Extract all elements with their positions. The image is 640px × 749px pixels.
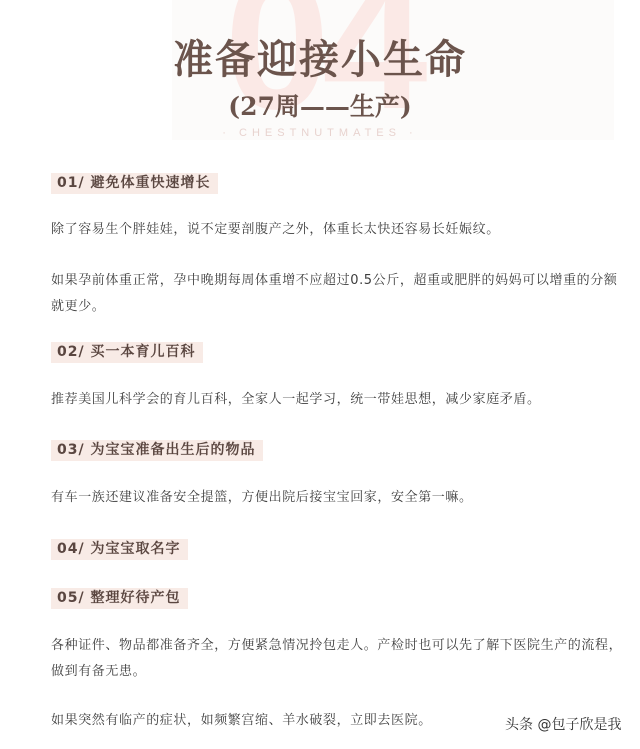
- section-1-paragraph-1: 除了容易生个胖娃娃，说不定要剖腹产之外，体重长太快还容易长妊娠纹。: [51, 217, 626, 243]
- section-heading-3: 03/ 为宝宝准备出生后的物品: [51, 440, 263, 461]
- section-5-paragraph-2: 如果突然有临产的症状，如频繁宫缩、羊水破裂，立即去医院。: [51, 708, 491, 734]
- section-5-paragraph-1: 各种证件、物品都准备齐全，方便紧急情况拎包走人。产检时也可以先了解下医院生产的流…: [51, 633, 626, 685]
- page-subtitle: (27周——生产): [0, 90, 640, 124]
- page-title: 准备迎接小生命: [0, 34, 640, 86]
- section-2-paragraph-1: 推荐美国儿科学会的育儿百科，全家人一起学习，统一带娃思想，减少家庭矛盾。: [51, 387, 626, 413]
- section-heading-4: 04/ 为宝宝取名字: [51, 539, 188, 560]
- brand-tagline: · CHESTNUTMATES ·: [0, 126, 640, 140]
- hero-banner: 04 准备迎接小生命 (27周——生产) · CHESTNUTMATES ·: [0, 0, 640, 150]
- section-heading-1: 01/ 避免体重快速增长: [51, 173, 218, 194]
- section-1-paragraph-2: 如果孕前体重正常，孕中晚期每周体重增不应超过0.5公斤，超重或肥胖的妈妈可以增重…: [51, 268, 626, 320]
- source-attribution: 头条 @包子欣是我: [505, 715, 621, 735]
- section-heading-2: 02/ 买一本育儿百科: [51, 342, 203, 363]
- section-3-paragraph-1: 有车一族还建议准备安全提篮，方便出院后接宝宝回家，安全第一嘛。: [51, 485, 626, 511]
- section-heading-5: 05/ 整理好待产包: [51, 588, 188, 609]
